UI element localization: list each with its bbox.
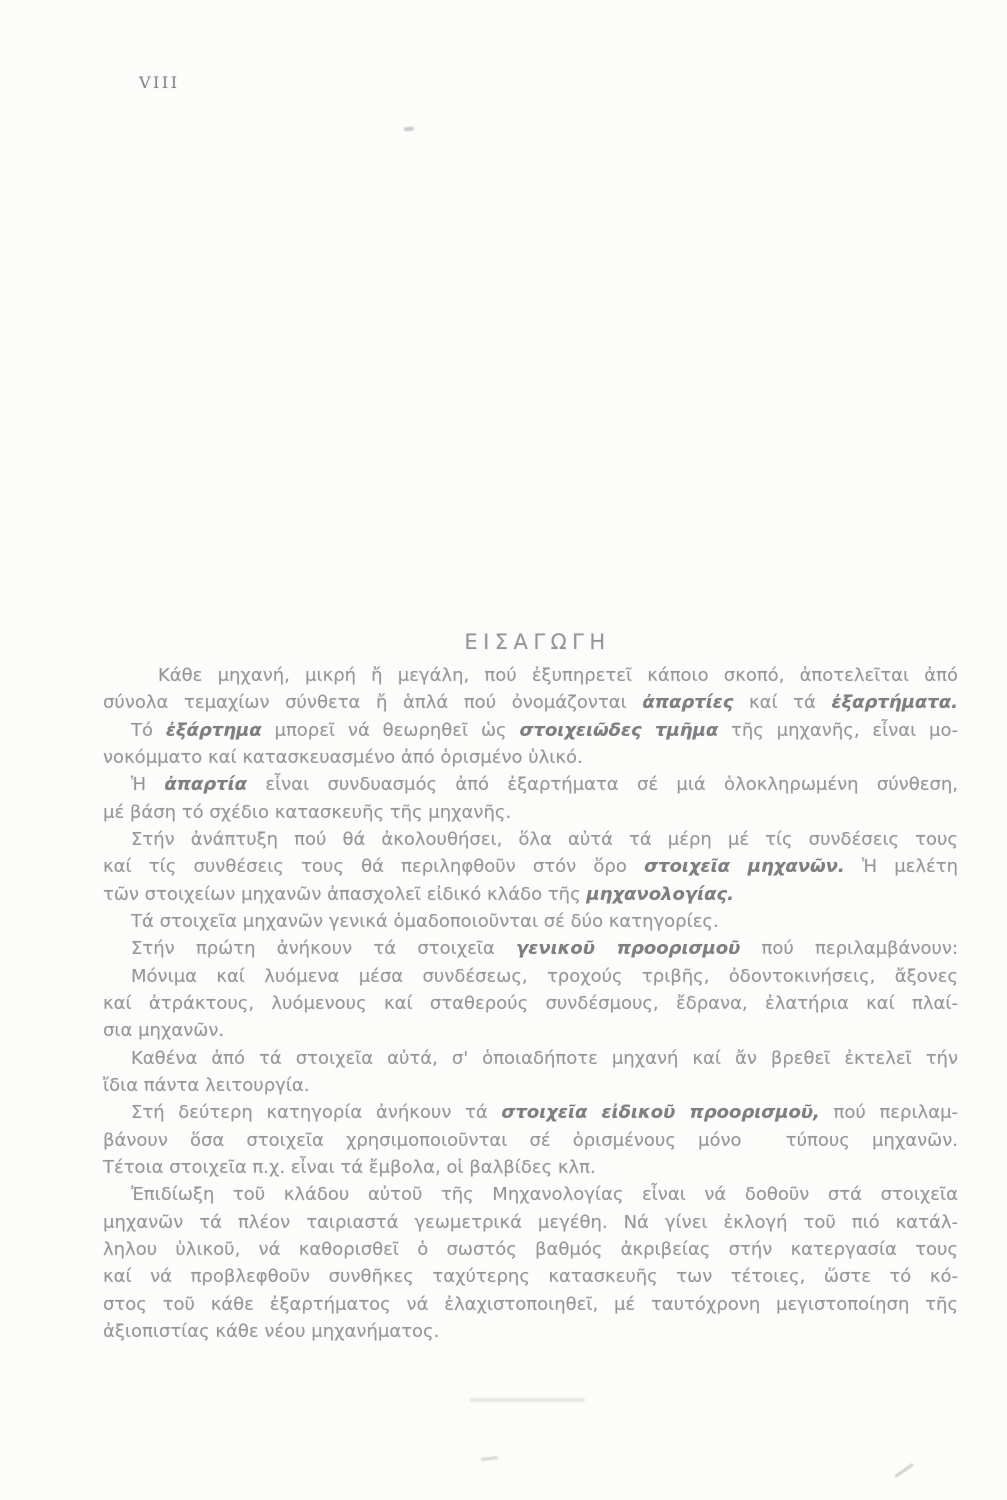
text-line: Ἐπιδίωξη τοῦ κλάδου αὐτοῦ τῆς Μηχανολογί… <box>103 1181 958 1208</box>
text-segment: σύνολα τεμαχίων σύνθετα ἤ ἁπλά πού ὀνομά… <box>103 692 642 713</box>
text-segment: καί νά προβλεφθοῦν συνθῆκες ταχύτερης κα… <box>103 1266 958 1287</box>
emphasized-text: ἐξαρτήματα. <box>831 692 958 713</box>
text-segment: σια μηχανῶν. <box>103 1020 224 1041</box>
text-segment: Στή δεύτερη κατηγορία ἀνήκουν τά <box>131 1102 501 1123</box>
text-segment: μπορεῖ νά θεωρηθεῖ ὡς <box>262 720 520 741</box>
emphasized-text: ἐξάρτημα <box>166 720 262 741</box>
text-line: σύνολα τεμαχίων σύνθετα ἤ ἁπλά πού ὀνομά… <box>103 689 958 716</box>
text-segment: στος τοῦ κάθε ἐξαρτήματος νά ἐλαχιστοποι… <box>103 1294 958 1315</box>
text-segment: Κάθε μηχανή, μικρή ἤ μεγάλη, πού ἐξυπηρε… <box>158 665 958 686</box>
pencil-tick-bottom-right <box>894 1463 914 1478</box>
text-line: νοκόμματο καί κατασκευασμένο ἀπό ὁρισμέν… <box>103 744 958 771</box>
text-segment: πού περιλαμ- <box>820 1102 958 1123</box>
text-segment: Τό <box>131 720 166 741</box>
text-line: Στήν πρώτη ἀνήκουν τά στοιχεῖα γενικοῦ π… <box>103 935 958 962</box>
text-line: Τό ἐξάρτημα μπορεῖ νά θεωρηθεῖ ὡς στοιχε… <box>103 717 958 744</box>
text-segment: Ἡ <box>131 774 164 795</box>
text-line: ἀξιοπιστίας κάθε νέου μηχανήματος. <box>103 1318 958 1345</box>
text-segment: καί τίς συνθέσεις τους θά περιληφθοῦν στ… <box>103 856 644 877</box>
ink-speck-top <box>404 127 414 132</box>
text-segment: Στήν πρώτη ἀνήκουν τά στοιχεῖα <box>131 938 516 959</box>
text-line: Τέτοια στοιχεῖα π.χ. εἶναι τά ἔμβολα, οἱ… <box>103 1154 958 1181</box>
text-line: βάνουν ὅσα στοιχεῖα χρησιμοποιοῦνται σέ … <box>103 1127 958 1154</box>
scanned-book-page: VIII ΕΙΣΑΓΩΓΗ Κάθε μηχανή, μικρή ἤ μεγάλ… <box>0 0 1007 1500</box>
text-segment: Στήν ἀνάπτυξη πού θά ἀκολουθήσει, ὅλα αὐ… <box>131 829 958 850</box>
text-line: Καθένα ἀπό τά στοιχεῖα αὐτά, σ' ὁποιαδήπ… <box>103 1045 958 1072</box>
text-segment: ἀξιοπιστίας κάθε νέου μηχανήματος. <box>103 1321 439 1342</box>
page-number: VIII <box>139 73 180 92</box>
text-line: καί ἀτράκτους, λυόμενους καί σταθερούς σ… <box>103 990 958 1017</box>
text-segment: νοκόμματο καί κατασκευασμένο ἀπό ὁρισμέν… <box>103 747 583 768</box>
text-segment: μηχανῶν τά πλέον ταιριαστά γεωμετρικά με… <box>103 1212 958 1233</box>
text-segment: τῶν στοιχείων μηχανῶν ἀπασχολεῖ εἰδικό κ… <box>103 884 586 905</box>
text-line: Κάθε μηχανή, μικρή ἤ μεγάλη, πού ἐξυπηρε… <box>103 662 958 689</box>
text-segment: πού περιλαμβάνουν: <box>740 938 958 959</box>
text-segment: εἶναι συνδυασμός ἀπό ἐξαρτήματα σέ μιά ὁ… <box>247 774 958 795</box>
text-segment: βάνουν ὅσα στοιχεῖα χρησιμοποιοῦνται σέ … <box>103 1130 958 1151</box>
text-segment: ληλου ὑλικοῦ, νά καθορισθεῖ ὁ σωστός βαθ… <box>103 1239 958 1260</box>
text-line: Στήν ἀνάπτυξη πού θά ἀκολουθήσει, ὅλα αὐ… <box>103 826 958 853</box>
text-line: ληλου ὑλικοῦ, νά καθορισθεῖ ὁ σωστός βαθ… <box>103 1236 958 1263</box>
text-segment: Καθένα ἀπό τά στοιχεῖα αὐτά, σ' ὁποιαδήπ… <box>131 1048 958 1069</box>
body-text: Κάθε μηχανή, μικρή ἤ μεγάλη, πού ἐξυπηρε… <box>103 662 958 1345</box>
text-line: Μόνιμα καί λυόμενα μέσα συνδέσεως, τροχο… <box>103 963 958 990</box>
text-line: Στή δεύτερη κατηγορία ἀνήκουν τά στοιχεῖ… <box>103 1099 958 1126</box>
emphasized-text: στοιχεῖα εἰδικοῦ προορισμοῦ, <box>501 1102 819 1123</box>
text-segment: Ἡ μελέτη <box>845 856 958 877</box>
text-line: μέ βάση τό σχέδιο κατασκευῆς τῆς μηχανῆς… <box>103 799 958 826</box>
text-segment: καί ἀτράκτους, λυόμενους καί σταθερούς σ… <box>103 993 958 1014</box>
text-segment: Ἐπιδίωξη τοῦ κλάδου αὐτοῦ τῆς Μηχανολογί… <box>131 1184 958 1205</box>
text-line: τῶν στοιχείων μηχανῶν ἀπασχολεῖ εἰδικό κ… <box>103 881 958 908</box>
text-line: καί νά προβλεφθοῦν συνθῆκες ταχύτερης κα… <box>103 1263 958 1290</box>
text-segment: Μόνιμα καί λυόμενα μέσα συνδέσεως, τροχο… <box>131 966 958 987</box>
text-segment: τῆς μηχανῆς, εἶναι μο- <box>718 720 958 741</box>
text-line: Τά στοιχεῖα μηχανῶν γενικά ὁμαδοποιοῦντα… <box>103 908 958 935</box>
emphasized-text: ἀπαρτίες <box>642 692 733 713</box>
text-segment: καί τά <box>733 692 831 713</box>
scan-smudge-bottom <box>470 1398 585 1402</box>
text-segment: Τά στοιχεῖα μηχανῶν γενικά ὁμαδοποιοῦντα… <box>131 911 719 932</box>
text-line: σια μηχανῶν. <box>103 1017 958 1044</box>
text-line: καί τίς συνθέσεις τους θά περιληφθοῦν στ… <box>103 853 958 880</box>
text-segment: ἴδια πάντα λειτουργία. <box>103 1075 309 1096</box>
emphasized-text: στοιχεῖα μηχανῶν. <box>644 856 845 877</box>
text-segment: μέ βάση τό σχέδιο κατασκευῆς τῆς μηχανῆς… <box>103 802 511 823</box>
emphasized-text: ἀπαρτία <box>164 774 247 795</box>
text-line: μηχανῶν τά πλέον ταιριαστά γεωμετρικά με… <box>103 1209 958 1236</box>
emphasized-text: στοιχειῶδες τμῆμα <box>519 720 718 741</box>
emphasized-text: γενικοῦ προορισμοῦ <box>516 938 740 959</box>
page-title: ΕΙΣΑΓΩΓΗ <box>103 630 972 654</box>
text-line: Ἡ ἀπαρτία εἶναι συνδυασμός ἀπό ἐξαρτήματ… <box>103 771 958 798</box>
pencil-dash-bottom <box>481 1456 498 1461</box>
text-segment: Τέτοια στοιχεῖα π.χ. εἶναι τά ἔμβολα, οἱ… <box>103 1157 596 1178</box>
text-line: στος τοῦ κάθε ἐξαρτήματος νά ἐλαχιστοποι… <box>103 1291 958 1318</box>
emphasized-text: μηχανολογίας. <box>586 884 734 905</box>
text-line: ἴδια πάντα λειτουργία. <box>103 1072 958 1099</box>
